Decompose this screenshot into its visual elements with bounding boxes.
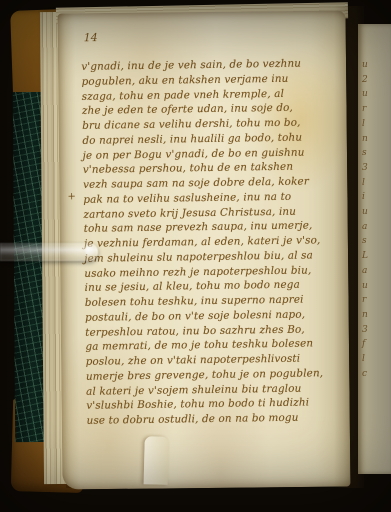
text-line: n: [362, 308, 388, 323]
text-line: l: [362, 352, 388, 367]
text-line: l: [362, 117, 388, 132]
text-line: u: [362, 58, 388, 73]
margin-mark: +: [67, 191, 76, 202]
text-line: L: [362, 249, 388, 264]
text-line: 2: [362, 73, 388, 88]
text-line: 3: [362, 161, 388, 176]
text-line: use to dobru ostudli, de on na bo mogu: [86, 410, 344, 429]
text-line: f: [362, 337, 388, 352]
text-line: r: [362, 293, 388, 308]
text-line: 3: [362, 323, 388, 338]
text-line: s: [362, 234, 388, 249]
page-corner-fold: [144, 436, 169, 485]
manuscript-page: 14 + v'gnadi, inu de je veh sain, de bo …: [58, 11, 351, 490]
text-line: u: [362, 279, 388, 294]
glass-rod: [0, 243, 98, 261]
text-line: c: [362, 367, 388, 382]
text-line: l: [362, 176, 388, 191]
page-number: 14: [84, 31, 98, 44]
text-line: u: [362, 87, 388, 102]
text-line: n: [362, 132, 388, 147]
facing-page: u2urlns3liuasLaurn3flc: [358, 24, 391, 474]
text-line: i: [362, 190, 388, 205]
text-line: s: [362, 146, 388, 161]
text-line: a: [362, 264, 388, 279]
manuscript-photo: 14 + v'gnadi, inu de je veh sain, de bo …: [0, 0, 391, 512]
text-line: r: [362, 102, 388, 117]
text-line: u: [362, 205, 388, 220]
text-line: a: [362, 220, 388, 235]
facing-page-text-fragments: u2urlns3liuasLaurn3flc: [362, 58, 388, 381]
manuscript-text: v'gnadi, inu de je veh sain, de bo vezhn…: [81, 56, 344, 429]
